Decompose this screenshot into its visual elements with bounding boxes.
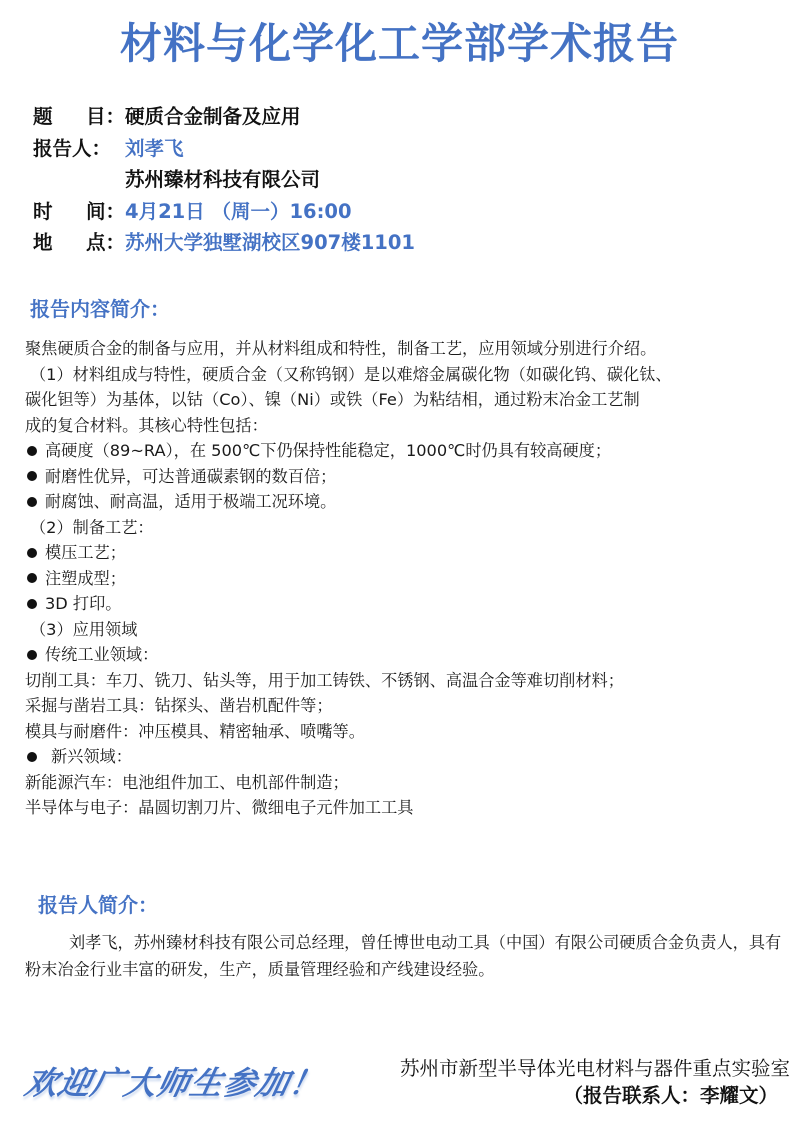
label-char: 间： [86, 196, 125, 228]
bullet-item: 3D 打印。 [25, 591, 795, 617]
label-char: 点： [86, 227, 125, 259]
paragraph-line: 切削工具：车刀、铣刀、钻头等，用于加工铸铁、不锈钢、高温合金等难切削材料； [25, 668, 795, 694]
info-label-topic: 题 目： [33, 101, 125, 133]
lab-name: 苏州市新型半导体光电材料与器件重点实验室 [340, 1056, 790, 1081]
paragraph-line: 聚焦硬质合金的制备与应用，并从材料组成和特性，制备工艺，应用领域分别进行介绍。 [25, 336, 795, 362]
bullet-item: 耐腐蚀、耐高温，适用于极端工况环境。 [25, 489, 795, 515]
bullet-item: 高硬度（89~RA），在 500℃下仍保持性能稳定，1000℃时仍具有较高硬度； [25, 438, 795, 464]
bullet-item: 注塑成型； [25, 566, 795, 592]
info-label-speaker: 报告人： [33, 133, 125, 165]
label-char: 题 [33, 101, 53, 133]
welcome-banner: 欢迎广大师生参加！ [21, 1058, 328, 1104]
paragraph-line: 半导体与电子：晶圆切割刀片、微细电子元件加工工具 [25, 795, 795, 821]
label-char: 目： [86, 101, 125, 133]
info-speaker: 报告人： 刘孝飞 [33, 133, 415, 165]
paragraph-line: 新能源汽车：电池组件加工、电机部件制造； [25, 770, 795, 796]
speaker-bio-heading: 报告人简介： [38, 889, 158, 918]
label-char: 地 [33, 227, 53, 259]
topic-value: 硬质合金制备及应用 [125, 101, 301, 133]
info-label-location: 地 点： [33, 227, 125, 259]
intro-heading: 报告内容简介： [30, 293, 170, 322]
location-value: 苏州大学独墅湖校区907楼1101 [125, 227, 415, 259]
paragraph-line: 碳化钽等）为基体，以钴（Co）、镍（Ni）或铁（Fe）为粘结相，通过粉末冶金工艺… [25, 387, 795, 413]
subsection-heading: （2）制备工艺： [25, 515, 795, 541]
speaker-affiliation: 苏州臻材科技有限公司 [125, 164, 320, 196]
info-block: 题 目： 硬质合金制备及应用 报告人： 刘孝飞 苏州臻材科技有限公司 时 间： … [33, 101, 415, 259]
info-time: 时 间： 4月21日 （周一）16:00 [33, 196, 415, 228]
label-char: 时 [33, 196, 53, 228]
label-text: 报告人： [33, 133, 111, 165]
speaker-name: 刘孝飞 [125, 133, 184, 165]
paragraph-line: 成的复合材料。其核心特性包括： [25, 413, 795, 439]
info-affiliation: 苏州臻材科技有限公司 [33, 164, 415, 196]
speaker-bio: 刘孝飞，苏州臻材科技有限公司总经理，曾任博世电动工具（中国）有限公司硬质合金负责… [25, 929, 795, 983]
bullet-item: 传统工业领域： [25, 642, 795, 668]
subsection-heading: （3）应用领域 [25, 617, 795, 643]
info-location: 地 点： 苏州大学独墅湖校区907楼1101 [33, 227, 415, 259]
speaker-bio-text: 刘孝飞，苏州臻材科技有限公司总经理，曾任博世电动工具（中国）有限公司硬质合金负责… [25, 929, 795, 983]
page-title: 材料与化学化工学部学术报告 [0, 14, 799, 74]
intro-body: 聚焦硬质合金的制备与应用，并从材料组成和特性，制备工艺，应用领域分别进行介绍。 … [25, 336, 795, 821]
bullet-item: 模压工艺； [25, 540, 795, 566]
bullet-item: 耐磨性优异，可达普通碳素钢的数百倍； [25, 464, 795, 490]
info-label-time: 时 间： [33, 196, 125, 228]
info-topic: 题 目： 硬质合金制备及应用 [33, 101, 415, 133]
paragraph-line: （1）材料组成与特性，硬质合金（又称钨钢）是以难熔金属碳化物（如碳化钨、碳化钛、 [25, 362, 795, 388]
time-value: 4月21日 （周一）16:00 [125, 196, 352, 228]
bullet-item: 新兴领域： [25, 744, 795, 770]
paragraph-line: 采掘与凿岩工具：钻探头、凿岩机配件等； [25, 693, 795, 719]
contact-person: （报告联系人：李耀文） [340, 1082, 778, 1109]
paragraph-line: 模具与耐磨件：冲压模具、精密轴承、喷嘴等。 [25, 719, 795, 745]
